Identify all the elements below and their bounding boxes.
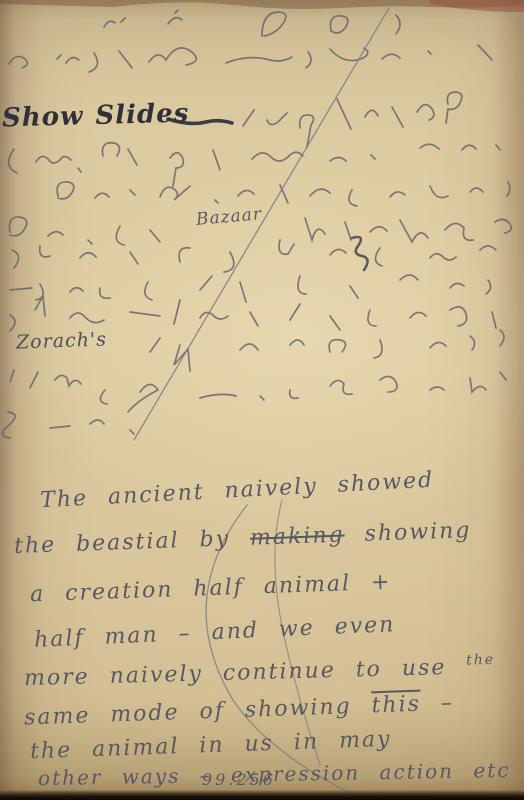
accession-number: 99.256 — [202, 770, 276, 789]
superscript-word: the — [466, 652, 495, 669]
page-bottom-edge — [0, 790, 524, 800]
notebook-page: Show Slides Bazaar Zorach's The ancient … — [0, 0, 524, 800]
top-right-binding-sliver — [430, 0, 524, 12]
bold-shorthand-mark — [352, 237, 368, 270]
shorthand-row-9 — [10, 296, 496, 331]
line-text: – — [420, 691, 454, 717]
shorthand-row-8 — [10, 275, 491, 302]
struck-word: making — [250, 522, 345, 550]
shorthand-row-4 — [9, 143, 500, 186]
shorthand-row-11 — [10, 370, 506, 412]
shorthand-row-2 — [9, 45, 492, 72]
shorthand-row-3 — [243, 92, 462, 147]
shorthand-row-7 — [12, 240, 496, 272]
shorthand-row-1 — [104, 10, 400, 36]
shorthand-row-12 — [2, 412, 134, 438]
show-slides-heading: Show Slides — [2, 99, 190, 134]
line-text: showing — [344, 518, 472, 547]
overlined-word: this — [371, 692, 421, 719]
zorachs-word: Zorach's — [16, 328, 108, 353]
shorthand-row-10 — [150, 330, 504, 371]
